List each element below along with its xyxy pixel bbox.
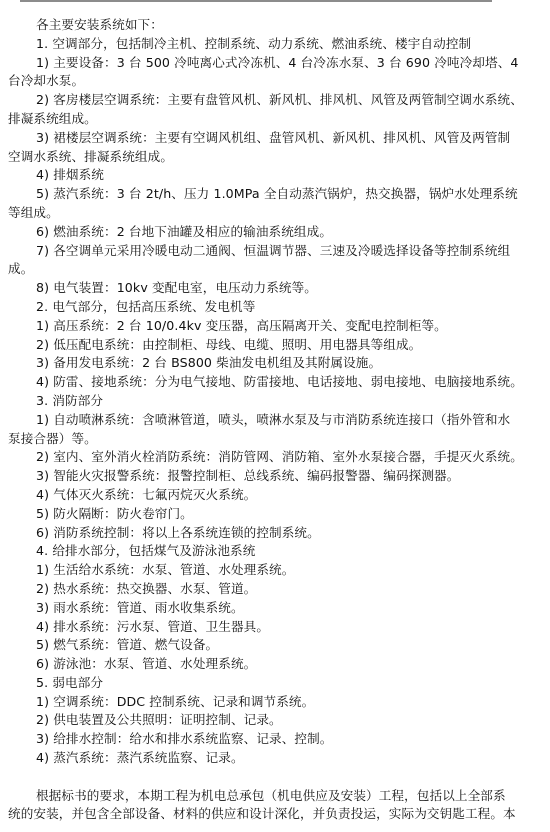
list-item: 1) 空调系统：DDC 控制系统、记录和调节系统。 xyxy=(8,693,508,712)
list-item: 1) 生活给水系统：水泵、管道、水处理系统。 xyxy=(8,561,508,580)
list-item: 1) 高压系统：2 台 10/0.4kv 变压器，高压隔离开关、变配电控制柜等。 xyxy=(8,317,508,336)
paragraph-intro: 各主要安装系统如下： xyxy=(8,16,508,35)
section-heading-plumbing: 4. 给排水部分，包括煤气及游泳池系统 xyxy=(8,542,508,561)
list-item: 2) 低压配电系统：由控制柜、母线、电缆、照明、用电器具等组成。 xyxy=(8,336,508,355)
blank-line xyxy=(8,768,508,787)
list-item-continuation: 空调水系统、排凝系统组成。 xyxy=(8,148,508,167)
list-item: 3) 给排水控制：给水和排水系统监察、记录、控制。 xyxy=(8,730,508,749)
list-item-continuation: 等组成。 xyxy=(8,204,508,223)
list-item: 4) 排水系统：污水泵、管道、卫生器具。 xyxy=(8,618,508,637)
list-item: 1) 自动喷淋系统：含喷淋管道，喷头，喷淋水泵及与市消防系统连接口（指外管和水 xyxy=(8,411,508,430)
list-item-continuation: 台冷却水泵。 xyxy=(8,72,508,91)
list-item: 1) 主要设备：3 台 500 冷吨离心式冷冻机、4 台冷冻水泵、3 台 690… xyxy=(8,54,508,73)
list-item: 3) 裙楼层空调系统：主要有空调风机组、盘管风机、新风机、排风机、风管及两管制 xyxy=(8,129,508,148)
list-item: 6) 燃油系统：2 台地下油罐及相应的输油系统组成。 xyxy=(8,223,508,242)
section-heading-low-voltage: 5. 弱电部分 xyxy=(8,674,508,693)
document-body: 各主要安装系统如下： 1. 空调部分，包括制冷主机、控制系统、动力系统、燃油系统… xyxy=(8,16,508,824)
list-item: 2) 室内、室外消火栓消防系统：消防管网、消防箱、室外水泵接合器，手提灭火系统。 xyxy=(8,448,508,467)
list-item: 4) 防雷、接地系统：分为电气接地、防雷接地、电话接地、弱电接地、电脑接地系统。 xyxy=(8,373,508,392)
list-item: 4) 气体灭火系统：七氟丙烷灭火系统。 xyxy=(8,486,508,505)
list-item: 6) 消防系统控制：将以上各系统连锁的控制系统。 xyxy=(8,524,508,543)
list-item-continuation: 排凝系统组成。 xyxy=(8,110,508,129)
list-item: 5) 防火隔断：防火卷帘门。 xyxy=(8,505,508,524)
list-item: 6) 游泳池：水泵、管道、水处理系统。 xyxy=(8,655,508,674)
list-item: 2) 热水系统：热交换器、水泵、管道。 xyxy=(8,580,508,599)
list-item: 3) 智能火灾报警系统：报警控制柜、总线系统、编码报警器、编码探测器。 xyxy=(8,467,508,486)
list-item: 4) 排烟系统 xyxy=(8,166,508,185)
list-item: 3) 备用发电系统：2 台 BS800 柴油发电机组及其附属设施。 xyxy=(8,354,508,373)
paragraph-scope-continuation: 统的安装，并包含全部设备、材料的供应和设计深化，并负责投运，实际为交钥匙工程。本 xyxy=(8,805,508,824)
list-item: 8) 电气装置：10kv 变配电室，电压动力系统等。 xyxy=(8,279,508,298)
list-item: 5) 蒸汽系统：3 台 2t/h、压力 1.0MPa 全自动蒸汽锅炉，热交换器，… xyxy=(8,185,508,204)
list-item: 3) 雨水系统：管道、雨水收集系统。 xyxy=(8,599,508,618)
list-item: 2) 供电装置及公共照明：证明控制、记录。 xyxy=(8,711,508,730)
section-heading-hvac: 1. 空调部分，包括制冷主机、控制系统、动力系统、燃油系统、楼宇自动控制 xyxy=(8,35,508,54)
list-item: 5) 燃气系统：管道、燃气设备。 xyxy=(8,636,508,655)
list-item: 2) 客房楼层空调系统：主要有盘管风机、新风机、排风机、风管及两管制空调水系统、 xyxy=(8,91,508,110)
page-top-rule xyxy=(20,0,492,2)
list-item-continuation: 成。 xyxy=(8,260,508,279)
list-item: 7) 各空调单元采用冷暖电动二通阀、恒温调节器、三速及冷暖选择设备等控制系统组 xyxy=(8,242,508,261)
list-item: 4) 蒸汽系统：蒸汽系统监察、记录。 xyxy=(8,749,508,768)
section-heading-electrical: 2. 电气部分，包括高压系统、发电机等 xyxy=(8,298,508,317)
section-heading-fire: 3. 消防部分 xyxy=(8,392,508,411)
list-item-continuation: 泵接合器）等。 xyxy=(8,430,508,449)
paragraph-scope: 根据标书的要求，本期工程为机电总承包（机电供应及安装）工程，包括以上全部系 xyxy=(8,787,508,806)
